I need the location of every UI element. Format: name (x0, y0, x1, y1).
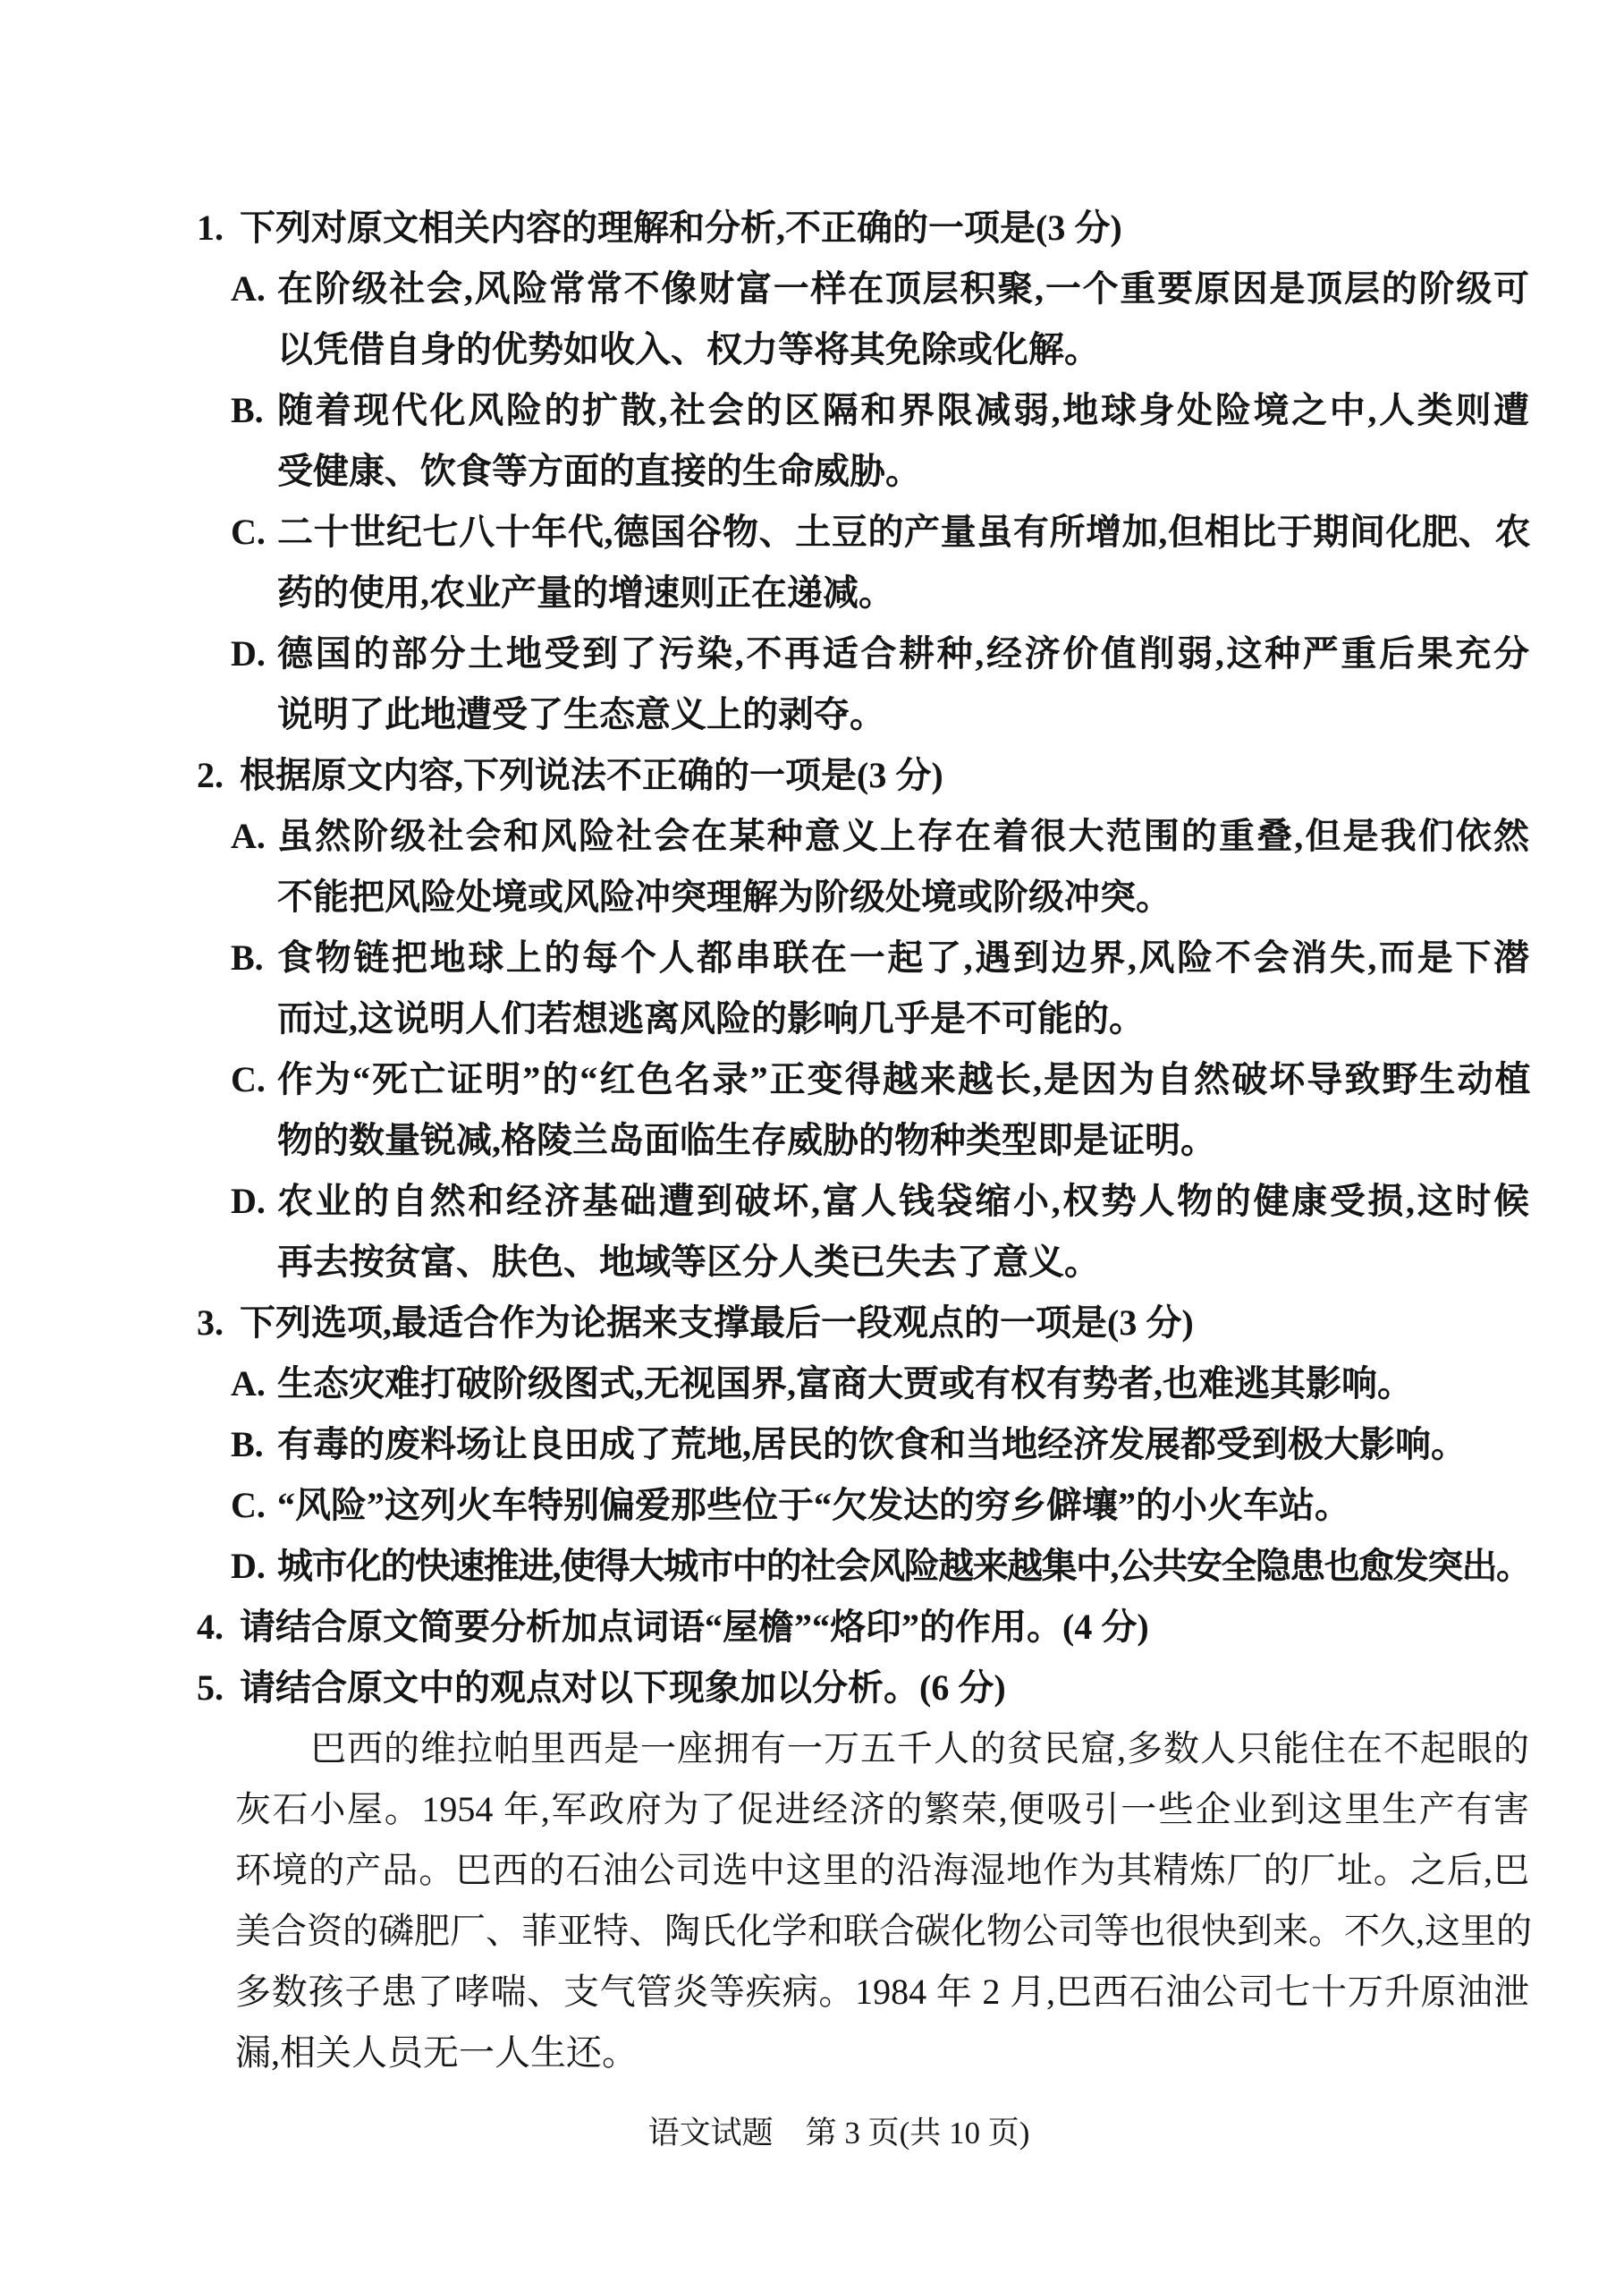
q1-option-d-line1: 德国的部分土地受到了污染,不再适合耕种,经济价值削弱,这种严重后果充分 (277, 623, 1529, 684)
q1-option-c-line2-text: 药的使用,农业产量的增速则正在递减。 (277, 572, 894, 613)
q2-option-a: A.虽然阶级社会和风险社会在某种意义上存在着很大范围的重叠,但是我们依然 (0, 806, 1624, 867)
q2-option-d-line2-text: 再去按贫富、肤色、地域等区分人类已失去了意义。 (277, 1242, 1100, 1282)
q5-stem-text: 请结合原文中的观点对以下现象加以分析。(6 分) (240, 1667, 1006, 1708)
q2-option-b: B.食物链把地球上的每个人都串联在一起了,遇到边界,风险不会消失,而是下潜 (0, 928, 1624, 988)
q2-option-b-label: B. (231, 928, 277, 988)
q5-stem: 5.请结合原文中的观点对以下现象加以分析。(6 分) (0, 1658, 1624, 1718)
footer-page-label: 第 3 页(共 10 页) (806, 2116, 1030, 2150)
exam-page: 1.下列对原文相关内容的理解和分析,不正确的一项是(3 分) A.在阶级社会,风… (0, 0, 1624, 2290)
q5-passage-line-3: 环境的产品。巴西的石油公司选中这里的沿海湿地作为其精炼厂的厂址。之后,巴 (0, 1840, 1624, 1901)
q5-passage-line-5-text: 多数孩子患了哮喘、支气管炎等疾病。1984 年 2 月,巴西石油公司七十万升原油… (235, 1962, 1529, 2023)
q5-number: 5. (197, 1658, 240, 1718)
q5-passage-line-1: 巴西的维拉帕里西是一座拥有一万五千人的贫民窟,多数人只能住在不起眼的 (0, 1718, 1624, 1779)
q1-option-b: B.随着现代化风险的扩散,社会的区隔和界限减弱,地球身处险境之中,人类则遭 (0, 380, 1624, 441)
q1-option-c-line1: 二十世纪七八十年代,德国谷物、土豆的产量虽有所增加,但相比于期间化肥、农 (277, 502, 1529, 563)
q1-option-c-line2: 药的使用,农业产量的增速则正在递减。 (0, 563, 1624, 623)
q2-option-c-line2-text: 物的数量锐减,格陵兰岛面临生存威胁的物种类型即是证明。 (277, 1120, 1216, 1160)
q2-option-b-line2: 而过,这说明人们若想逃离风险的影响几乎是不可能的。 (0, 988, 1624, 1049)
q1-option-d: D.德国的部分土地受到了污染,不再适合耕种,经济价值削弱,这种严重后果充分 (0, 623, 1624, 684)
q2-stem: 2.根据原文内容,下列说法不正确的一项是(3 分) (0, 745, 1624, 806)
q2-option-a-line2-text: 不能把风险处境或风险冲突理解为阶级处境或阶级冲突。 (277, 877, 1171, 917)
page-footer: 语文试题第 3 页(共 10 页) (27, 2116, 1624, 2151)
q3-option-b-line1: 有毒的废料场让良田成了荒地,居民的饮食和当地经济发展都受到极大影响。 (277, 1424, 1467, 1464)
q4-stem-text: 请结合原文简要分析加点词语“屋檐”“烙印”的作用。(4 分) (240, 1607, 1149, 1647)
q5-passage-line-6-text: 漏,相关人员无一人生还。 (235, 2032, 638, 2073)
q3-option-a-label: A. (231, 1353, 277, 1414)
q5-passage-line-4-text: 美合资的磷肥厂、菲亚特、陶氏化学和联合碳化物公司等也很快到来。不久,这里的 (235, 1901, 1529, 1962)
q2-option-c: C.作为“死亡证明”的“红色名录”正变得越来越长,是因为自然破坏导致野生动植 (0, 1049, 1624, 1110)
q3-option-b: B.有毒的废料场让良田成了荒地,居民的饮食和当地经济发展都受到极大影响。 (0, 1414, 1624, 1475)
q2-option-c-line1: 作为“死亡证明”的“红色名录”正变得越来越长,是因为自然破坏导致野生动植 (277, 1049, 1529, 1110)
q2-option-d-line2: 再去按贫富、肤色、地域等区分人类已失去了意义。 (0, 1232, 1624, 1293)
q3-option-a: A.生态灾难打破阶级图式,无视国界,富商大贾或有权有势者,也难逃其影响。 (0, 1353, 1624, 1414)
q1-option-a-label: A. (231, 259, 277, 319)
q1-option-b-label: B. (231, 380, 277, 441)
q1-stem-text: 下列对原文相关内容的理解和分析,不正确的一项是(3 分) (240, 208, 1122, 248)
q3-option-c: C.“风险”这列火车特别偏爱那些位于“欠发达的穷乡僻壤”的小火车站。 (0, 1475, 1624, 1536)
q5-passage-line-2: 灰石小屋。1954 年,军政府为了促进经济的繁荣,便吸引一些企业到这里生产有害 (0, 1779, 1624, 1840)
q1-option-c: C.二十世纪七八十年代,德国谷物、土豆的产量虽有所增加,但相比于期间化肥、农 (0, 502, 1624, 563)
q2-option-d-label: D. (231, 1171, 277, 1232)
q2-number: 2. (197, 745, 240, 806)
q3-number: 3. (197, 1293, 240, 1353)
footer-doc-label: 语文试题 (648, 2116, 774, 2150)
q2-option-a-label: A. (231, 806, 277, 867)
q5-passage-line-1-text: 巴西的维拉帕里西是一座拥有一万五千人的贫民窟,多数人只能住在不起眼的 (310, 1718, 1529, 1779)
q1-number: 1. (197, 198, 240, 259)
q2-option-c-line2: 物的数量锐减,格陵兰岛面临生存威胁的物种类型即是证明。 (0, 1110, 1624, 1171)
q2-option-b-line1: 食物链把地球上的每个人都串联在一起了,遇到边界,风险不会消失,而是下潜 (277, 928, 1529, 988)
q1-option-b-line2-text: 受健康、饮食等方面的直接的生命威胁。 (277, 451, 921, 491)
q1-option-c-label: C. (231, 502, 277, 563)
q1-option-d-line2-text: 说明了此地遭受了生态意义上的剥夺。 (277, 694, 885, 734)
q4-stem: 4.请结合原文简要分析加点词语“屋檐”“烙印”的作用。(4 分) (0, 1597, 1624, 1658)
q1-option-a-line1: 在阶级社会,风险常常不像财富一样在顶层积聚,一个重要原因是顶层的阶级可 (277, 259, 1529, 319)
exam-content: 1.下列对原文相关内容的理解和分析,不正确的一项是(3 分) A.在阶级社会,风… (0, 0, 1624, 2151)
q1-option-b-line2: 受健康、饮食等方面的直接的生命威胁。 (0, 441, 1624, 502)
q3-option-d-line1: 城市化的快速推进,使得大城市中的社会风险越来越集中,公共安全隐患也愈发突出。 (277, 1536, 1529, 1597)
q2-stem-text: 根据原文内容,下列说法不正确的一项是(3 分) (240, 755, 943, 795)
q5-passage-line-5: 多数孩子患了哮喘、支气管炎等疾病。1984 年 2 月,巴西石油公司七十万升原油… (0, 1962, 1624, 2023)
q1-option-a-line2-text: 以凭借自身的优势如收入、权力等将其免除或化解。 (277, 329, 1100, 369)
q3-option-c-label: C. (231, 1475, 277, 1536)
q3-option-a-line1: 生态灾难打破阶级图式,无视国界,富商大贾或有权有势者,也难逃其影响。 (277, 1363, 1413, 1404)
q3-stem-text: 下列选项,最适合作为论据来支撑最后一段观点的一项是(3 分) (240, 1302, 1194, 1343)
q2-option-c-label: C. (231, 1049, 277, 1110)
q5-passage-line-6: 漏,相关人员无一人生还。 (0, 2023, 1624, 2083)
q3-stem: 3.下列选项,最适合作为论据来支撑最后一段观点的一项是(3 分) (0, 1293, 1624, 1353)
q2-option-b-line2-text: 而过,这说明人们若想逃离风险的影响几乎是不可能的。 (277, 998, 1145, 1039)
q3-option-d: D.城市化的快速推进,使得大城市中的社会风险越来越集中,公共安全隐患也愈发突出。 (0, 1536, 1624, 1597)
q3-option-d-label: D. (231, 1536, 277, 1597)
q4-number: 4. (197, 1597, 240, 1658)
q5-passage-line-3-text: 环境的产品。巴西的石油公司选中这里的沿海湿地作为其精炼厂的厂址。之后,巴 (235, 1840, 1529, 1901)
q2-option-d: D.农业的自然和经济基础遭到破坏,富人钱袋缩小,权势人物的健康受损,这时候 (0, 1171, 1624, 1232)
q1-option-b-line1: 随着现代化风险的扩散,社会的区隔和界限减弱,地球身处险境之中,人类则遭 (277, 380, 1529, 441)
q5-passage-line-4: 美合资的磷肥厂、菲亚特、陶氏化学和联合碳化物公司等也很快到来。不久,这里的 (0, 1901, 1624, 1962)
q3-option-b-label: B. (231, 1414, 277, 1475)
q2-option-a-line2: 不能把风险处境或风险冲突理解为阶级处境或阶级冲突。 (0, 867, 1624, 928)
q1-stem: 1.下列对原文相关内容的理解和分析,不正确的一项是(3 分) (0, 198, 1624, 259)
q3-option-c-line1: “风险”这列火车特别偏爱那些位于“欠发达的穷乡僻壤”的小火车站。 (277, 1485, 1350, 1525)
q2-option-a-line1: 虽然阶级社会和风险社会在某种意义上存在着很大范围的重叠,但是我们依然 (277, 806, 1529, 867)
q1-option-a: A.在阶级社会,风险常常不像财富一样在顶层积聚,一个重要原因是顶层的阶级可 (0, 259, 1624, 319)
q1-option-d-line2: 说明了此地遭受了生态意义上的剥夺。 (0, 684, 1624, 745)
q2-option-d-line1: 农业的自然和经济基础遭到破坏,富人钱袋缩小,权势人物的健康受损,这时候 (277, 1171, 1529, 1232)
q1-option-a-line2: 以凭借自身的优势如收入、权力等将其免除或化解。 (0, 319, 1624, 380)
q1-option-d-label: D. (231, 623, 277, 684)
q5-passage-line-2-text: 灰石小屋。1954 年,军政府为了促进经济的繁荣,便吸引一些企业到这里生产有害 (235, 1779, 1529, 1840)
